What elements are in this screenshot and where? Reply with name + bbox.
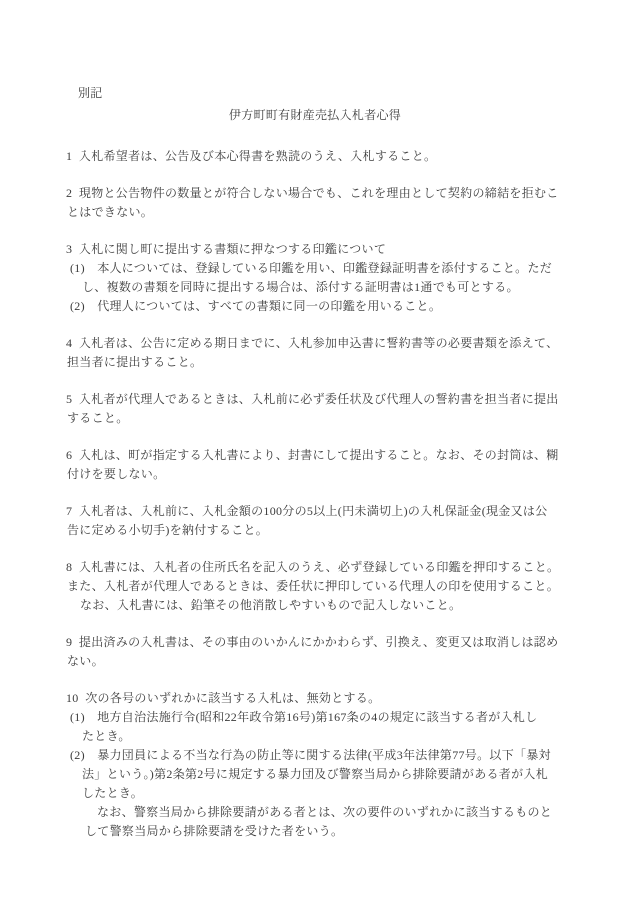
document-page: 別記 伊方町町有財産売払入札者心得 1 入札希望者は、公告及び本心得書を熟読のう…: [0, 0, 630, 915]
clause-10-line-5: 法」という。)第2条第2号に規定する暴力団及び警察当局から排除要請がある者が入札: [0, 765, 630, 784]
clause-10-line-8: して警察当局から排除要請を受けた者をいう。: [0, 822, 630, 841]
clause-9-line-1: 9 提出済みの入札書は、その事由のいかんにかかわらず、引換え、変更又は取消しは認…: [0, 633, 630, 652]
clause-5: 5 入札者が代理人であるときは、入札前に必ず委任状及び代理人の誓約書を担当者に提…: [0, 390, 630, 428]
clause-5-line-2: すること。: [0, 409, 630, 428]
clause-5-line-1: 5 入札者が代理人であるときは、入札前に必ず委任状及び代理人の誓約書を担当者に提…: [0, 390, 630, 409]
clause-7: 7 入札者は、入札前に、入札金額の100分の5以上(円未満切上)の入札保証金(現…: [0, 502, 630, 540]
clause-3: 3 入札に関し町に提出する書類に押なつする印鑑について(1) 本人については、登…: [0, 240, 630, 316]
clause-7-line-1: 7 入札者は、入札前に、入札金額の100分の5以上(円未満切上)の入札保証金(現…: [0, 502, 630, 521]
clause-10-line-2: (1) 地方自治法施行令(昭和22年政令第16号)第167条の4の規定に該当する…: [0, 708, 630, 727]
clause-3-line-1: 3 入札に関し町に提出する書類に押なつする印鑑について: [0, 240, 630, 259]
clause-8-line-1: 8 入札書には、入札者の住所氏名を記入のうえ、必ず登録している印鑑を押印すること…: [0, 558, 630, 577]
clause-10-line-4: (2) 暴力団員による不当な行為の防止等に関する法律(平成3年法律第77号。以下…: [0, 746, 630, 765]
clause-8: 8 入札書には、入札者の住所氏名を記入のうえ、必ず登録している印鑑を押印すること…: [0, 558, 630, 615]
clause-7-line-2: 告に定める小切手)を納付すること。: [0, 521, 630, 540]
clause-8-line-2: また、入札者が代理人であるときは、委任状に押印している代理人の印を使用すること。: [0, 577, 630, 596]
clause-10: 10 次の各号のいずれかに該当する入札は、無効とする。(1) 地方自治法施行令(…: [0, 689, 630, 841]
clause-10-line-6: したとき。: [0, 784, 630, 803]
page-title: 伊方町町有財産売払入札者心得: [0, 106, 630, 125]
document-body: 別記 伊方町町有財産売払入札者心得 1 入札希望者は、公告及び本心得書を熟読のう…: [0, 84, 630, 841]
clause-6-line-2: 付けを要しない。: [0, 465, 630, 484]
clause-3-line-2: (1) 本人については、登録している印鑑を用い、印鑑登録証明書を添付すること。た…: [0, 259, 630, 278]
clause-9-line-2: ない。: [0, 652, 630, 671]
clause-2: 2 現物と公告物件の数量とが符合しない場合でも、これを理由として契約の締結を拒む…: [0, 184, 630, 222]
clause-2-line-1: 2 現物と公告物件の数量とが符合しない場合でも、これを理由として契約の締結を拒む…: [0, 184, 630, 203]
clause-9: 9 提出済みの入札書は、その事由のいかんにかかわらず、引換え、変更又は取消しは認…: [0, 633, 630, 671]
clause-4-line-2: 担当者に提出すること。: [0, 353, 630, 372]
clause-10-line-1: 10 次の各号のいずれかに該当する入札は、無効とする。: [0, 689, 630, 708]
clause-2-line-2: とはできない。: [0, 203, 630, 222]
clause-list: 1 入札希望者は、公告及び本心得書を熟読のうえ、入札すること。2 現物と公告物件…: [0, 147, 630, 841]
clause-4: 4 入札者は、公告に定める期日までに、入札参加申込書に誓約書等の必要書類を添えて…: [0, 334, 630, 372]
clause-1-line-1: 1 入札希望者は、公告及び本心得書を熟読のうえ、入札すること。: [0, 147, 630, 166]
clause-6-line-1: 6 入札は、町が指定する入札書により、封書にして提出すること。なお、その封筒は、…: [0, 446, 630, 465]
attachment-label: 別記: [0, 84, 630, 103]
clause-8-line-3: なお、入札書には、鉛筆その他消散しやすいもので記入しないこと。: [0, 596, 630, 615]
clause-1: 1 入札希望者は、公告及び本心得書を熟読のうえ、入札すること。: [0, 147, 630, 166]
clause-6: 6 入札は、町が指定する入札書により、封書にして提出すること。なお、その封筒は、…: [0, 446, 630, 484]
clause-4-line-1: 4 入札者は、公告に定める期日までに、入札参加申込書に誓約書等の必要書類を添えて…: [0, 334, 630, 353]
clause-10-line-3: たとき。: [0, 727, 630, 746]
clause-3-line-3: し、複数の書類を同時に提出する場合は、添付する証明書は1通でも可とする。: [0, 278, 630, 297]
clause-3-line-4: (2) 代理人については、すべての書類に同一の印鑑を用いること。: [0, 297, 630, 316]
clause-10-line-7: なお、警察当局から排除要請がある者とは、次の要件のいずれかに該当するものと: [0, 803, 630, 822]
